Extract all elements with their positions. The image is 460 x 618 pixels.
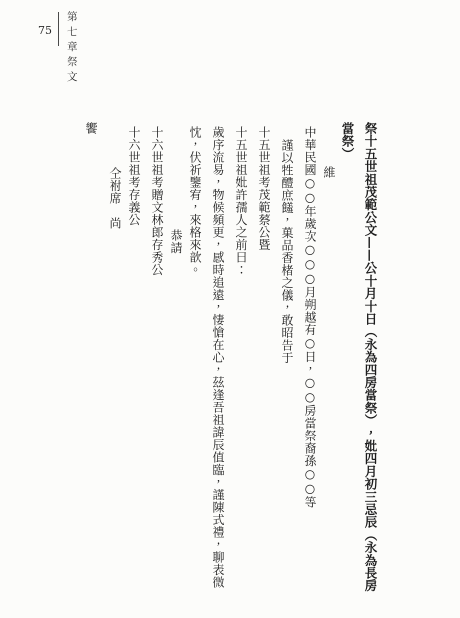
header-divider <box>58 12 59 46</box>
line-date: 中華民國○○年歲次○○○月朔越有○日，○○房當祭裔孫○○等 <box>298 122 321 600</box>
line-elegy-2: 忱，伏祈鑒宥，來格來歆。 <box>183 122 206 600</box>
line-offerings: 謹以牲醴庶饈，菓品香楮之儀，敢昭告于 <box>275 122 298 600</box>
line-ancestor-kao: 十五世祖考茂範蔡公暨 <box>252 122 275 600</box>
line-ancestor-bi: 十五世祖妣許孺人之前曰： <box>229 122 252 600</box>
page-number: 75 <box>38 24 52 37</box>
chapter-label: 第七章 <box>67 10 80 55</box>
title-column-1: 祭十五世祖茂範公文——公十月十日（永為四房當祭），妣四月初三忌辰（永為長房 <box>359 122 382 600</box>
title-column-2: 當祭） <box>336 122 359 600</box>
line-attached-seats: 仝祔席 尚 <box>107 122 122 600</box>
section-title: 祭文 <box>67 55 80 85</box>
book-page: 75 第七章 祭文 祭十五世祖茂範公文——公十月十日（永為四房當祭），妣四月初三… <box>0 0 460 618</box>
document-body: 祭十五世祖茂範公文——公十月十日（永為四房當祭），妣四月初三忌辰（永為長房 當祭… <box>79 122 382 600</box>
line-gongqing: 恭請 <box>168 122 183 600</box>
line-descendant-2: 十六世祖考存義公 <box>122 122 145 600</box>
line-elegy-1: 歲序流易，物候頻更，感時追遠，悽愴在心，茲逢吾祖諱辰值臨，謹陳式禮，聊表微 <box>206 122 229 600</box>
line-wei-opener: 維 <box>321 122 336 600</box>
line-descendant-1: 十六世祖考贈文林郎存秀公 <box>145 122 168 600</box>
chapter-heading: 第七章 祭文 <box>67 10 80 85</box>
line-xiang-closer: 饗 <box>79 122 102 600</box>
